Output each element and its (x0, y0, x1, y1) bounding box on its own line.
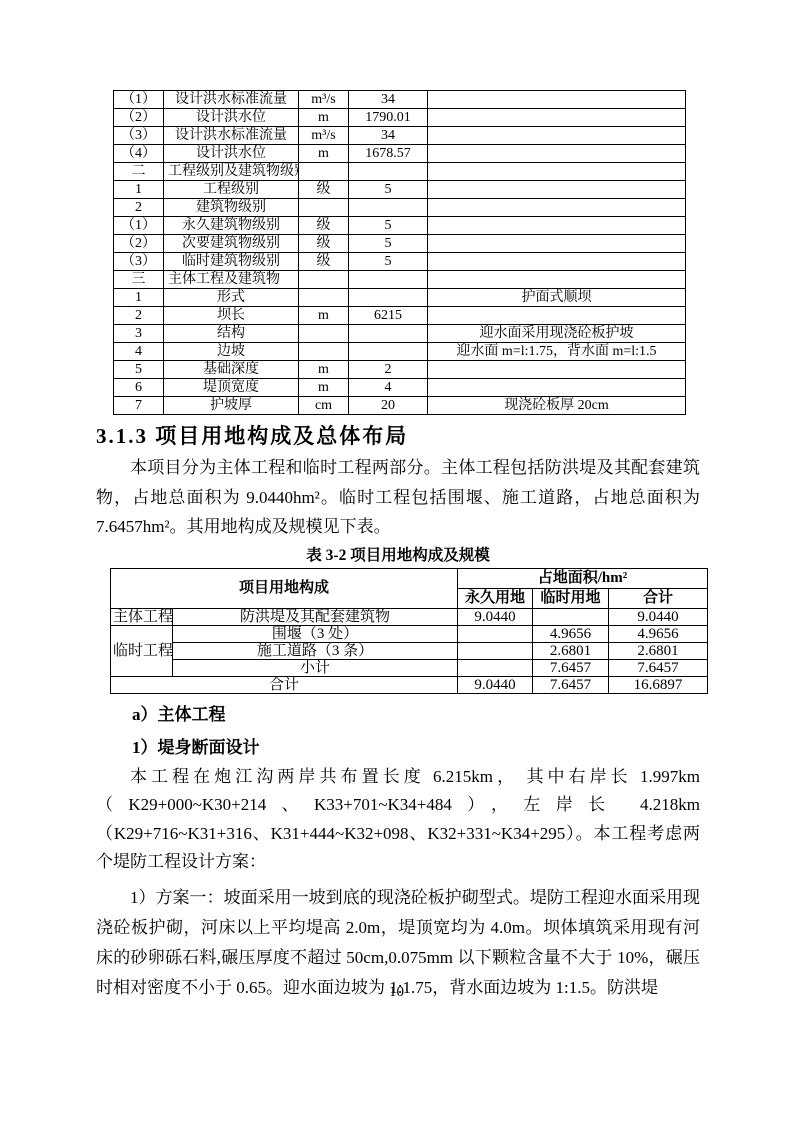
table-row: 施工道路（3 条） 2.6801 2.6801 (111, 642, 708, 659)
cell-no: 2 (114, 307, 164, 325)
cell-value (349, 325, 428, 343)
cell-name: 结构 (164, 325, 299, 343)
cell-value: 34 (349, 127, 428, 145)
cell-note (428, 199, 686, 217)
heading-levee-section-design: 1）堤身断面设计 (132, 736, 700, 760)
cell-name: 设计洪水位 (164, 145, 299, 163)
cell-total: 16.6897 (609, 676, 708, 693)
cell-unit: 级 (299, 181, 349, 199)
cell-total: 7.6457 (609, 659, 708, 676)
cell-name: 坝长 (164, 307, 299, 325)
cell-permanent (458, 659, 533, 676)
header-composition: 项目用地构成 (111, 568, 458, 608)
table-row: 三主体工程及建筑物 (114, 271, 686, 289)
cell-value (349, 289, 428, 307)
cell-value: 1790.01 (349, 109, 428, 127)
cell-name: 基础深度 (164, 361, 299, 379)
table-row: 主体工程 防洪堤及其配套建筑物 9.0440 9.0440 (111, 608, 708, 625)
cell-no: （4） (114, 145, 164, 163)
cell-note (428, 91, 686, 109)
cell-unit: m³/s (299, 91, 349, 109)
cell-permanent: 9.0440 (458, 676, 533, 693)
table-row: （4）设计洪水位m1678.57 (114, 145, 686, 163)
cell-no: （1） (114, 91, 164, 109)
cell-name: 设计洪水位 (164, 109, 299, 127)
table-row: 6堤顶宽度m4 (114, 379, 686, 397)
cell-value: 5 (349, 253, 428, 271)
cell-unit: m³/s (299, 127, 349, 145)
cell-no: 二 (114, 163, 164, 181)
cell-permanent (458, 642, 533, 659)
cell-no: 2 (114, 199, 164, 217)
table-row: 5基础深度m2 (114, 361, 686, 379)
cell-note (428, 127, 686, 145)
cell-note (428, 235, 686, 253)
cell-value: 20 (349, 397, 428, 415)
cell-note (428, 253, 686, 271)
cell-temporary: 2.6801 (533, 642, 609, 659)
table-row: 1工程级别级5 (114, 181, 686, 199)
cell-item: 小计 (173, 659, 458, 676)
cell-unit: 级 (299, 253, 349, 271)
cell-temporary: 7.6457 (533, 659, 609, 676)
cell-value: 4 (349, 379, 428, 397)
cell-item: 围堰（3 处） (173, 625, 458, 642)
cell-note (428, 181, 686, 199)
land-use-table: 项目用地构成 占地面积/hm² 永久用地 临时用地 合计 主体工程 防洪堤及其配… (110, 568, 708, 694)
cell-unit: 级 (299, 217, 349, 235)
cell-no: 4 (114, 343, 164, 361)
cell-unit: m (299, 307, 349, 325)
table-row: （2）设计洪水位m1790.01 (114, 109, 686, 127)
cell-name: 永久建筑物级别 (164, 217, 299, 235)
cell-permanent: 9.0440 (458, 608, 533, 625)
cell-note: 迎水面 m=l:1.75，背水面 m=l:1.5 (428, 343, 686, 361)
heading-main-works: a）主体工程 (132, 703, 700, 727)
cell-no: 5 (114, 361, 164, 379)
cell-no: 三 (114, 271, 164, 289)
cell-value: 5 (349, 181, 428, 199)
cell-no: （3） (114, 253, 164, 271)
cell-value (349, 343, 428, 361)
cell-no: 7 (114, 397, 164, 415)
cell-no: （1） (114, 217, 164, 235)
table-row: 2坝长m6215 (114, 307, 686, 325)
cell-value: 6215 (349, 307, 428, 325)
table-row: 二工程级别及建筑物级别 (114, 163, 686, 181)
cell-value (349, 199, 428, 217)
cell-note (428, 379, 686, 397)
cell-name: 护坡厚 (164, 397, 299, 415)
cell-temporary: 7.6457 (533, 676, 609, 693)
cell-no: 1 (114, 181, 164, 199)
cell-name: 工程级别 (164, 181, 299, 199)
table-row: （3）临时建筑物级别级5 (114, 253, 686, 271)
cell-note (428, 217, 686, 235)
cell-name: 设计洪水标准流量 (164, 127, 299, 145)
cell-note: 护面式顺坝 (428, 289, 686, 307)
cell-value (349, 163, 428, 181)
page-number: 10 (0, 984, 793, 1001)
cell-group: 临时工程 (111, 625, 173, 676)
cell-unit (299, 163, 349, 181)
table-row: 4边坡迎水面 m=l:1.75，背水面 m=l:1.5 (114, 343, 686, 361)
table-row: （1）永久建筑物级别级5 (114, 217, 686, 235)
cell-note (428, 145, 686, 163)
cell-unit: cm (299, 397, 349, 415)
cell-value: 5 (349, 217, 428, 235)
cell-total: 2.6801 (609, 642, 708, 659)
cell-no: （2） (114, 109, 164, 127)
document-page: （1）设计洪水标准流量m³/s34 （2）设计洪水位m1790.01 （3）设计… (0, 0, 793, 1003)
cell-name: 边坡 (164, 343, 299, 361)
cell-no: 3 (114, 325, 164, 343)
cell-temporary: 4.9656 (533, 625, 609, 642)
table-row: 2建筑物级别 (114, 199, 686, 217)
cell-unit (299, 343, 349, 361)
table-row: 7护坡厚cm20现浇砼板厚 20cm (114, 397, 686, 415)
cell-permanent (458, 625, 533, 642)
cell-value: 5 (349, 235, 428, 253)
cell-unit: m (299, 109, 349, 127)
cell-name: 主体工程及建筑物 (164, 271, 299, 289)
paragraph-levee-layout: 本工程在炮江沟两岸共布置长度 6.215km， 其中右岸长 1.997km（K2… (96, 763, 700, 877)
cell-temporary (533, 608, 609, 625)
cell-unit: m (299, 361, 349, 379)
cell-item: 防洪堤及其配套建筑物 (173, 608, 458, 625)
cell-unit: m (299, 145, 349, 163)
cell-note (428, 163, 686, 181)
design-spec-table: （1）设计洪水标准流量m³/s34 （2）设计洪水位m1790.01 （3）设计… (113, 90, 686, 415)
cell-unit (299, 325, 349, 343)
cell-note: 现浇砼板厚 20cm (428, 397, 686, 415)
table-header-row: 项目用地构成 占地面积/hm² (111, 568, 708, 588)
cell-group: 主体工程 (111, 608, 173, 625)
cell-total: 9.0440 (609, 608, 708, 625)
cell-note (428, 307, 686, 325)
cell-value: 2 (349, 361, 428, 379)
cell-unit: m (299, 379, 349, 397)
table-total-row: 合计 9.0440 7.6457 16.6897 (111, 676, 708, 693)
cell-no: 1 (114, 289, 164, 307)
header-temporary: 临时用地 (533, 588, 609, 608)
cell-name: 堤顶宽度 (164, 379, 299, 397)
table-row: 1形式护面式顺坝 (114, 289, 686, 307)
table-row: 3结构迎水面采用现浇砼板护坡 (114, 325, 686, 343)
cell-name: 次要建筑物级别 (164, 235, 299, 253)
table-3-2-caption: 表 3-2 项目用地构成及规模 (96, 546, 700, 566)
table-row: （3）设计洪水标准流量m³/s34 (114, 127, 686, 145)
cell-name: 工程级别及建筑物级别 (164, 163, 299, 181)
cell-unit (299, 289, 349, 307)
paragraph-land-overview: 本项目分为主体工程和临时工程两部分。主体工程包括防洪堤及其配套建筑物，占地总面积… (96, 453, 700, 542)
header-total: 合计 (609, 588, 708, 608)
cell-unit (299, 271, 349, 289)
cell-name: 临时建筑物级别 (164, 253, 299, 271)
cell-no: （2） (114, 235, 164, 253)
table-row: 临时工程 围堰（3 处） 4.9656 4.9656 (111, 625, 708, 642)
cell-value: 1678.57 (349, 145, 428, 163)
cell-name: 设计洪水标准流量 (164, 91, 299, 109)
cell-value (349, 271, 428, 289)
cell-name: 形式 (164, 289, 299, 307)
cell-note (428, 109, 686, 127)
cell-unit: 级 (299, 235, 349, 253)
cell-no: （3） (114, 127, 164, 145)
table-row: 小计 7.6457 7.6457 (111, 659, 708, 676)
table-row: （1）设计洪水标准流量m³/s34 (114, 91, 686, 109)
cell-value: 34 (349, 91, 428, 109)
cell-total-label: 合计 (111, 676, 458, 693)
section-heading-313: 3.1.3 项目用地构成及总体布局 (96, 422, 700, 450)
cell-item: 施工道路（3 条） (173, 642, 458, 659)
cell-total: 4.9656 (609, 625, 708, 642)
header-area-group: 占地面积/hm² (458, 568, 708, 588)
cell-note (428, 271, 686, 289)
cell-unit (299, 199, 349, 217)
table-row: （2）次要建筑物级别级5 (114, 235, 686, 253)
header-permanent: 永久用地 (458, 588, 533, 608)
cell-no: 6 (114, 379, 164, 397)
cell-note (428, 361, 686, 379)
cell-name: 建筑物级别 (164, 199, 299, 217)
cell-note: 迎水面采用现浇砼板护坡 (428, 325, 686, 343)
